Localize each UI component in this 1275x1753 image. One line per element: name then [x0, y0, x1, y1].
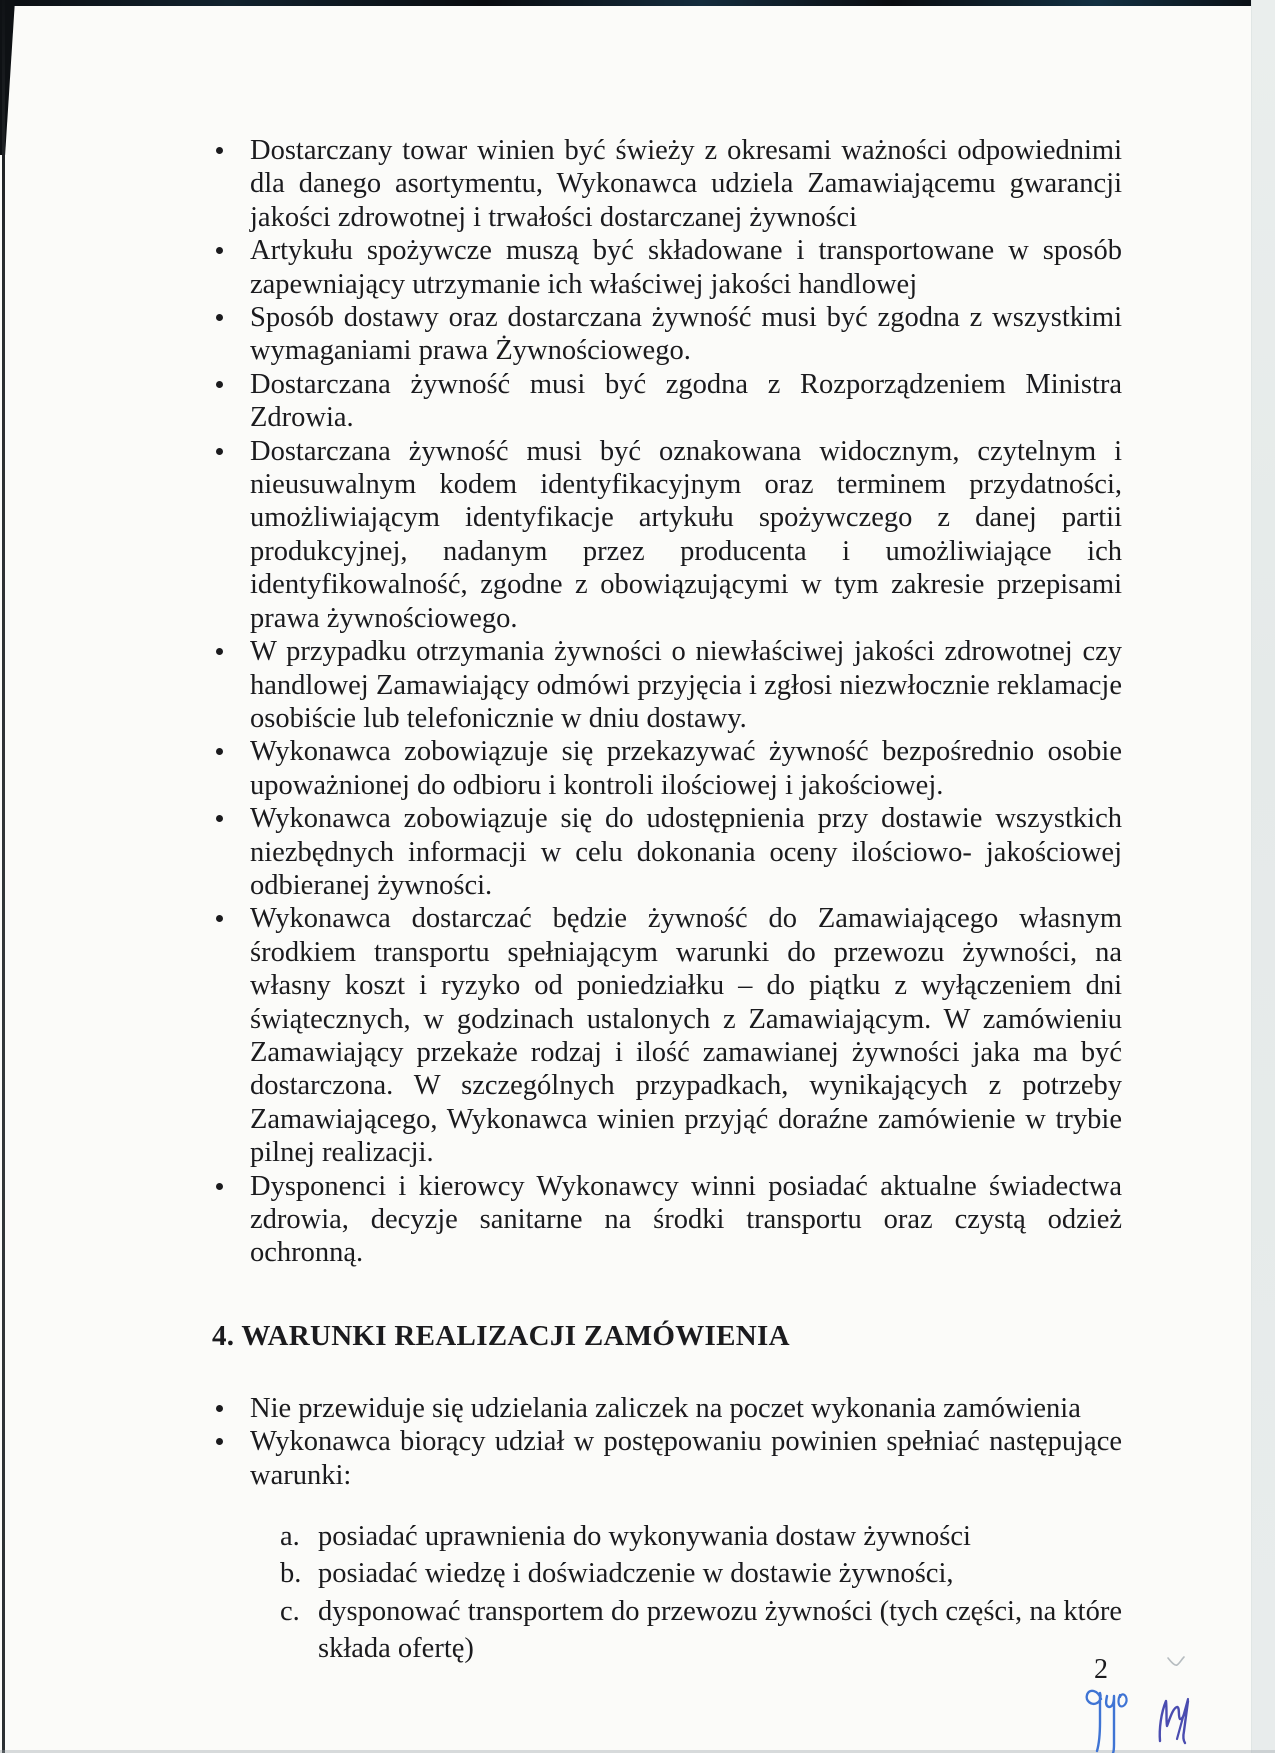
list-item-text: posiadać wiedzę i doświadczenie w dostaw…: [318, 1558, 954, 1589]
list-item-text: posiadać uprawnienia do wykonywania dost…: [318, 1521, 971, 1552]
list-item-text: dysponować transportem do przewozu żywno…: [318, 1596, 1122, 1664]
list-item: Wykonawca dostarczać będzie żywność do Z…: [212, 902, 1122, 1169]
list-item: Dostarczana żywność musi być zgodna z Ro…: [212, 368, 1122, 435]
bullet-list-realization-terms: Nie przewiduje się udzielania zaliczek n…: [212, 1392, 1122, 1492]
page-number: 2: [1094, 1654, 1108, 1686]
bullet-list-delivery-terms: Dostarczany towar winien być świeży z ok…: [212, 134, 1122, 1270]
list-item: W przypadku otrzymania żywności o niewła…: [212, 635, 1122, 735]
lettered-conditions-list: a. posiadać uprawnienia do wykonywania d…: [280, 1518, 1122, 1668]
scan-edge-right: [1251, 0, 1275, 1753]
list-item: Artykułu spożywcze muszą być składowane …: [212, 234, 1122, 301]
list-item: c. dysponować transportem do przewozu ży…: [280, 1593, 1122, 1668]
section-heading: 4. WARUNKI REALIZACJI ZAMÓWIENIA: [212, 1316, 1122, 1356]
handwritten-paraph-icon: [1084, 1686, 1130, 1753]
list-item: Wykonawca zobowiązuje się przekazywać ży…: [212, 735, 1122, 802]
list-item: a. posiadać uprawnienia do wykonywania d…: [280, 1518, 1122, 1555]
list-item: Sposób dostawy oraz dostarczana żywność …: [212, 301, 1122, 368]
scanned-page: Dostarczany towar winien być świeży z ok…: [0, 0, 1275, 1753]
list-item: Wykonawca biorący udział w postępowaniu …: [212, 1425, 1122, 1492]
scan-edge-top: [0, 0, 1275, 6]
list-marker: c.: [280, 1593, 300, 1630]
handwritten-initial-icon: [1153, 1693, 1195, 1745]
list-marker: b.: [280, 1555, 301, 1592]
list-item: b. posiadać wiedzę i doświadczenie w dos…: [280, 1555, 1122, 1592]
list-item: Dysponenci i kierowcy Wykonawcy winni po…: [212, 1170, 1122, 1270]
list-item: Wykonawca zobowiązuje się do udostępnien…: [212, 802, 1122, 902]
list-item: Nie przewiduje się udzielania zaliczek n…: [212, 1392, 1122, 1425]
list-item: Dostarczany towar winien być świeży z ok…: [212, 134, 1122, 234]
faint-pencil-mark-icon: [1166, 1655, 1186, 1669]
scan-edge-left: [2, 0, 5, 1753]
list-item: Dostarczana żywność musi być oznakowana …: [212, 435, 1122, 635]
page-content: Dostarczany towar winien być świeży z ok…: [212, 134, 1122, 1668]
list-marker: a.: [280, 1518, 300, 1555]
